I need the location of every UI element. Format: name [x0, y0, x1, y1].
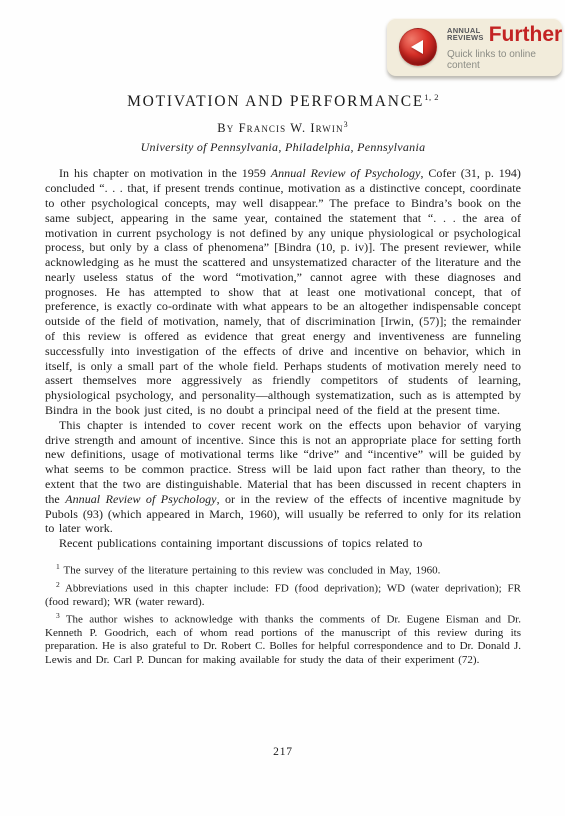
footnote: 3 The author wishes to acknowledge with … [45, 609, 521, 667]
left-arrow-icon [411, 40, 423, 54]
footnote: 1 The survey of the literature pertainin… [45, 560, 521, 578]
byline: By Francis W. Irwin3 [45, 120, 521, 136]
footnote-marker: 3 [56, 611, 60, 620]
annual-reviews-further-badge[interactable]: ANNUAL REVIEWS Further Quick links to on… [387, 18, 562, 76]
badge-subtitle: Quick links to online content [447, 49, 562, 71]
page-number: 217 [45, 746, 521, 758]
badge-text: ANNUAL REVIEWS Further Quick links to on… [447, 24, 562, 71]
footnotes: 1 The survey of the literature pertainin… [45, 560, 521, 667]
article-title-text: MOTIVATION AND PERFORMANCE [127, 93, 424, 110]
author-footnote-marker: 3 [344, 120, 349, 129]
article-title: MOTIVATION AND PERFORMANCE1, 2 [45, 92, 521, 111]
footnote-marker: 2 [56, 580, 60, 589]
title-footnote-marker: 1, 2 [424, 92, 439, 102]
author-name: Francis W. Irwin [239, 121, 344, 135]
author-affiliation: University of Pennsylvania, Philadelphia… [45, 140, 521, 155]
footnote: 2 Abbreviations used in this chapter inc… [45, 578, 521, 609]
article-body: In his chapter on motivation in the 1959… [45, 166, 521, 551]
journal-page: ANNUAL REVIEWS Further Quick links to on… [0, 0, 565, 816]
footnote-marker: 1 [56, 562, 60, 571]
body-paragraph: Recent publications containing important… [45, 536, 521, 551]
annual-reviews-logo-text: ANNUAL REVIEWS [447, 27, 484, 42]
byline-prefix: By [217, 121, 238, 135]
body-paragraph: This chapter is intended to cover recent… [45, 418, 521, 536]
further-label: Further [489, 24, 563, 45]
body-paragraph: In his chapter on motivation in the 1959… [45, 166, 521, 418]
further-back-arrow-icon [399, 28, 437, 66]
